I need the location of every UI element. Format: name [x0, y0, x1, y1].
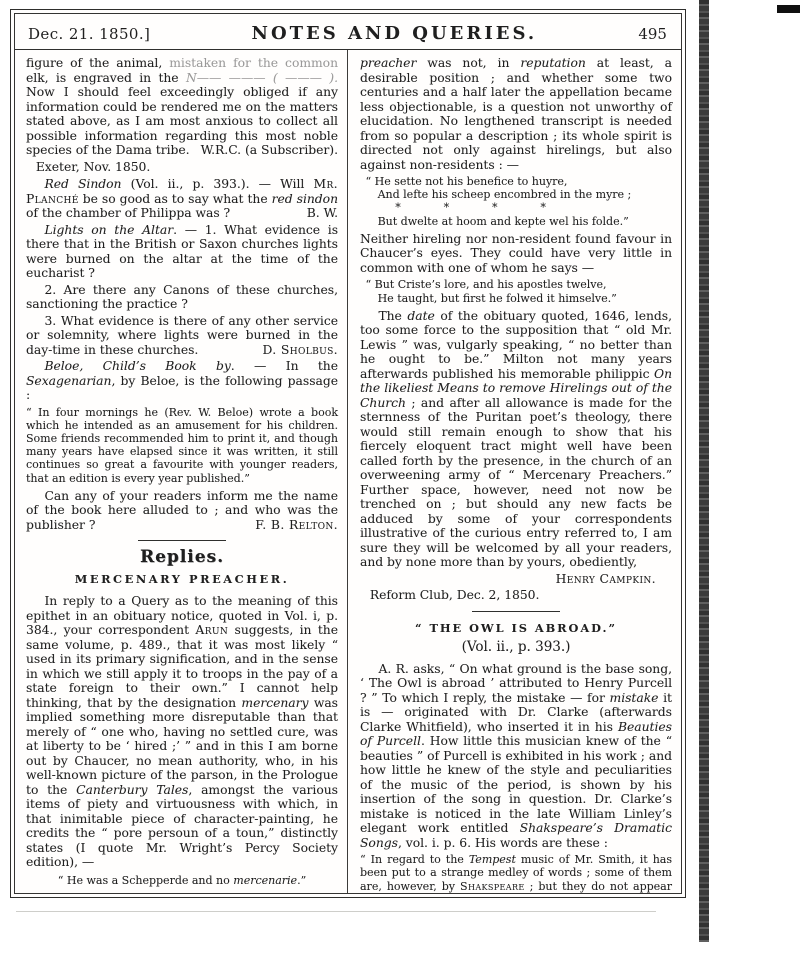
chaucer-quote-hireling: “ He sette not his benefice to huyre, An…	[360, 175, 672, 228]
paragraph-text: Lights on the Altar. — 1. What evidence …	[26, 223, 338, 281]
book-binding-edge	[699, 0, 709, 942]
campkin-signature: Henry Campkin.	[360, 572, 672, 587]
mercenary-preacher-heading: MERCENARY PREACHER.	[26, 572, 338, 587]
owl-heading: “ THE OWL IS ABROAD.”	[360, 621, 672, 636]
neither-hireling-paragraph: Neither hireling nor non-resident found …	[360, 232, 672, 276]
quote-line: “ He sette not his benefice to huyre,	[360, 175, 672, 188]
quote-line: He taught, but first he folwed it himsel…	[360, 292, 672, 305]
page-frame: Dec. 21. 1850.] NOTES AND QUERIES. 495 f…	[10, 9, 686, 898]
replies-heading: Replies.	[26, 550, 338, 565]
mercenary-closing-paragraph: Now this emphatic disclaimer shows clear…	[26, 891, 338, 893]
quote-line: And lefte his scheep encombred in the my…	[360, 188, 672, 201]
paragraph-text: In reply to a Query as to the meaning of…	[26, 594, 338, 869]
query-red-sindon: Red Sindon (Vol. ii., p. 393.). — Will M…	[26, 177, 338, 221]
quote-text: “ In four mornings he (Rev. W. Beloe) wr…	[26, 406, 338, 485]
paragraph-text: Now this emphatic disclaimer shows clear…	[26, 891, 338, 893]
beloe-quote: “ In four mornings he (Rev. W. Beloe) wr…	[26, 406, 338, 485]
quote-ellipsis-stars: * * * *	[360, 201, 672, 214]
page-inner-frame: Dec. 21. 1850.] NOTES AND QUERIES. 495 f…	[14, 13, 682, 894]
paragraph-text: Reform Club, Dec. 2, 1850.	[370, 588, 540, 602]
beloe-question: Can any of your readers inform me the na…	[26, 489, 338, 533]
paragraph-text: The date of the obituary quoted, 1646, l…	[360, 309, 672, 570]
quote-text: “ He was a Schepperde and no mercenarie.…	[58, 874, 306, 887]
paragraph-text: 2. Are there any Canons of these churche…	[26, 283, 338, 312]
schepperde-quote: “ He was a Schepperde and no mercenarie.…	[26, 874, 338, 887]
preacher-continuation-paragraph: preacher was not, in reputation at least…	[360, 56, 672, 172]
text-columns: figure of the animal, mistaken for the c…	[15, 50, 681, 893]
signature-relton: F. B. Relton.	[237, 518, 338, 533]
paragraph-text: figure of the animal, mistaken for the c…	[26, 56, 338, 157]
signature-wrc: W.R.C. (a Subscriber).	[201, 143, 338, 158]
quote-line: “ But Criste’s lore, and his apostles tw…	[360, 278, 672, 291]
paragraph-text: A. R. asks, “ On what ground is the base…	[360, 662, 672, 850]
quote-line: But dwelte at hoom and kepte wel his fol…	[360, 215, 672, 228]
chaucer-quote-criste: “ But Criste’s lore, and his apostles tw…	[360, 278, 672, 304]
section-rule	[138, 540, 226, 541]
journal-title: NOTES AND QUERIES.	[251, 23, 537, 44]
query-lights-on-altar-1: Lights on the Altar. — 1. What evidence …	[26, 223, 338, 281]
page-header: Dec. 21. 1850.] NOTES AND QUERIES. 495	[15, 14, 681, 50]
linley-quote: “ In regard to the Tempest music of Mr. …	[360, 853, 672, 893]
signature-bw: B. W.	[288, 206, 338, 221]
paragraph-text: Neither hireling nor non-resident found …	[360, 232, 672, 275]
page-number: 495	[638, 25, 667, 43]
signature-text: Henry Campkin.	[556, 572, 656, 586]
exeter-dateline: Exeter, Nov. 1850.	[26, 160, 338, 175]
query-lights-on-altar-3: 3. What evidence is there of any other s…	[26, 314, 338, 358]
owl-section-rule	[472, 611, 560, 612]
query-beloe: Beloe, Child’s Book by. — In the Sexagen…	[26, 359, 338, 403]
left-column: figure of the animal, mistaken for the c…	[15, 50, 348, 893]
elk-continuation-paragraph: figure of the animal, mistaken for the c…	[26, 56, 338, 158]
quote-text: “ In regard to the Tempest music of Mr. …	[360, 853, 672, 893]
paragraph-text: preacher was not, in reputation at least…	[360, 56, 672, 172]
mercenary-reply-paragraph: In reply to a Query as to the meaning of…	[26, 594, 338, 870]
query-lights-on-altar-2: 2. Are there any Canons of these churche…	[26, 283, 338, 312]
scan-artifact-mark	[777, 5, 800, 13]
obituary-date-paragraph: The date of the obituary quoted, 1646, l…	[360, 309, 672, 570]
issue-date: Dec. 21. 1850.]	[28, 25, 150, 43]
scan-shadow-line	[16, 911, 656, 912]
paragraph-text: Exeter, Nov. 1850.	[36, 160, 150, 174]
owl-subheading: (Vol. ii., p. 393.)	[360, 640, 672, 655]
right-column: preacher was not, in reputation at least…	[348, 50, 681, 893]
reform-club-dateline: Reform Club, Dec. 2, 1850.	[360, 588, 672, 603]
signature-sholbus: D. Sholbus.	[244, 343, 338, 358]
owl-reply-paragraph: A. R. asks, “ On what ground is the base…	[360, 662, 672, 851]
paragraph-text: Beloe, Child’s Book by. — In the Sexagen…	[26, 359, 338, 402]
